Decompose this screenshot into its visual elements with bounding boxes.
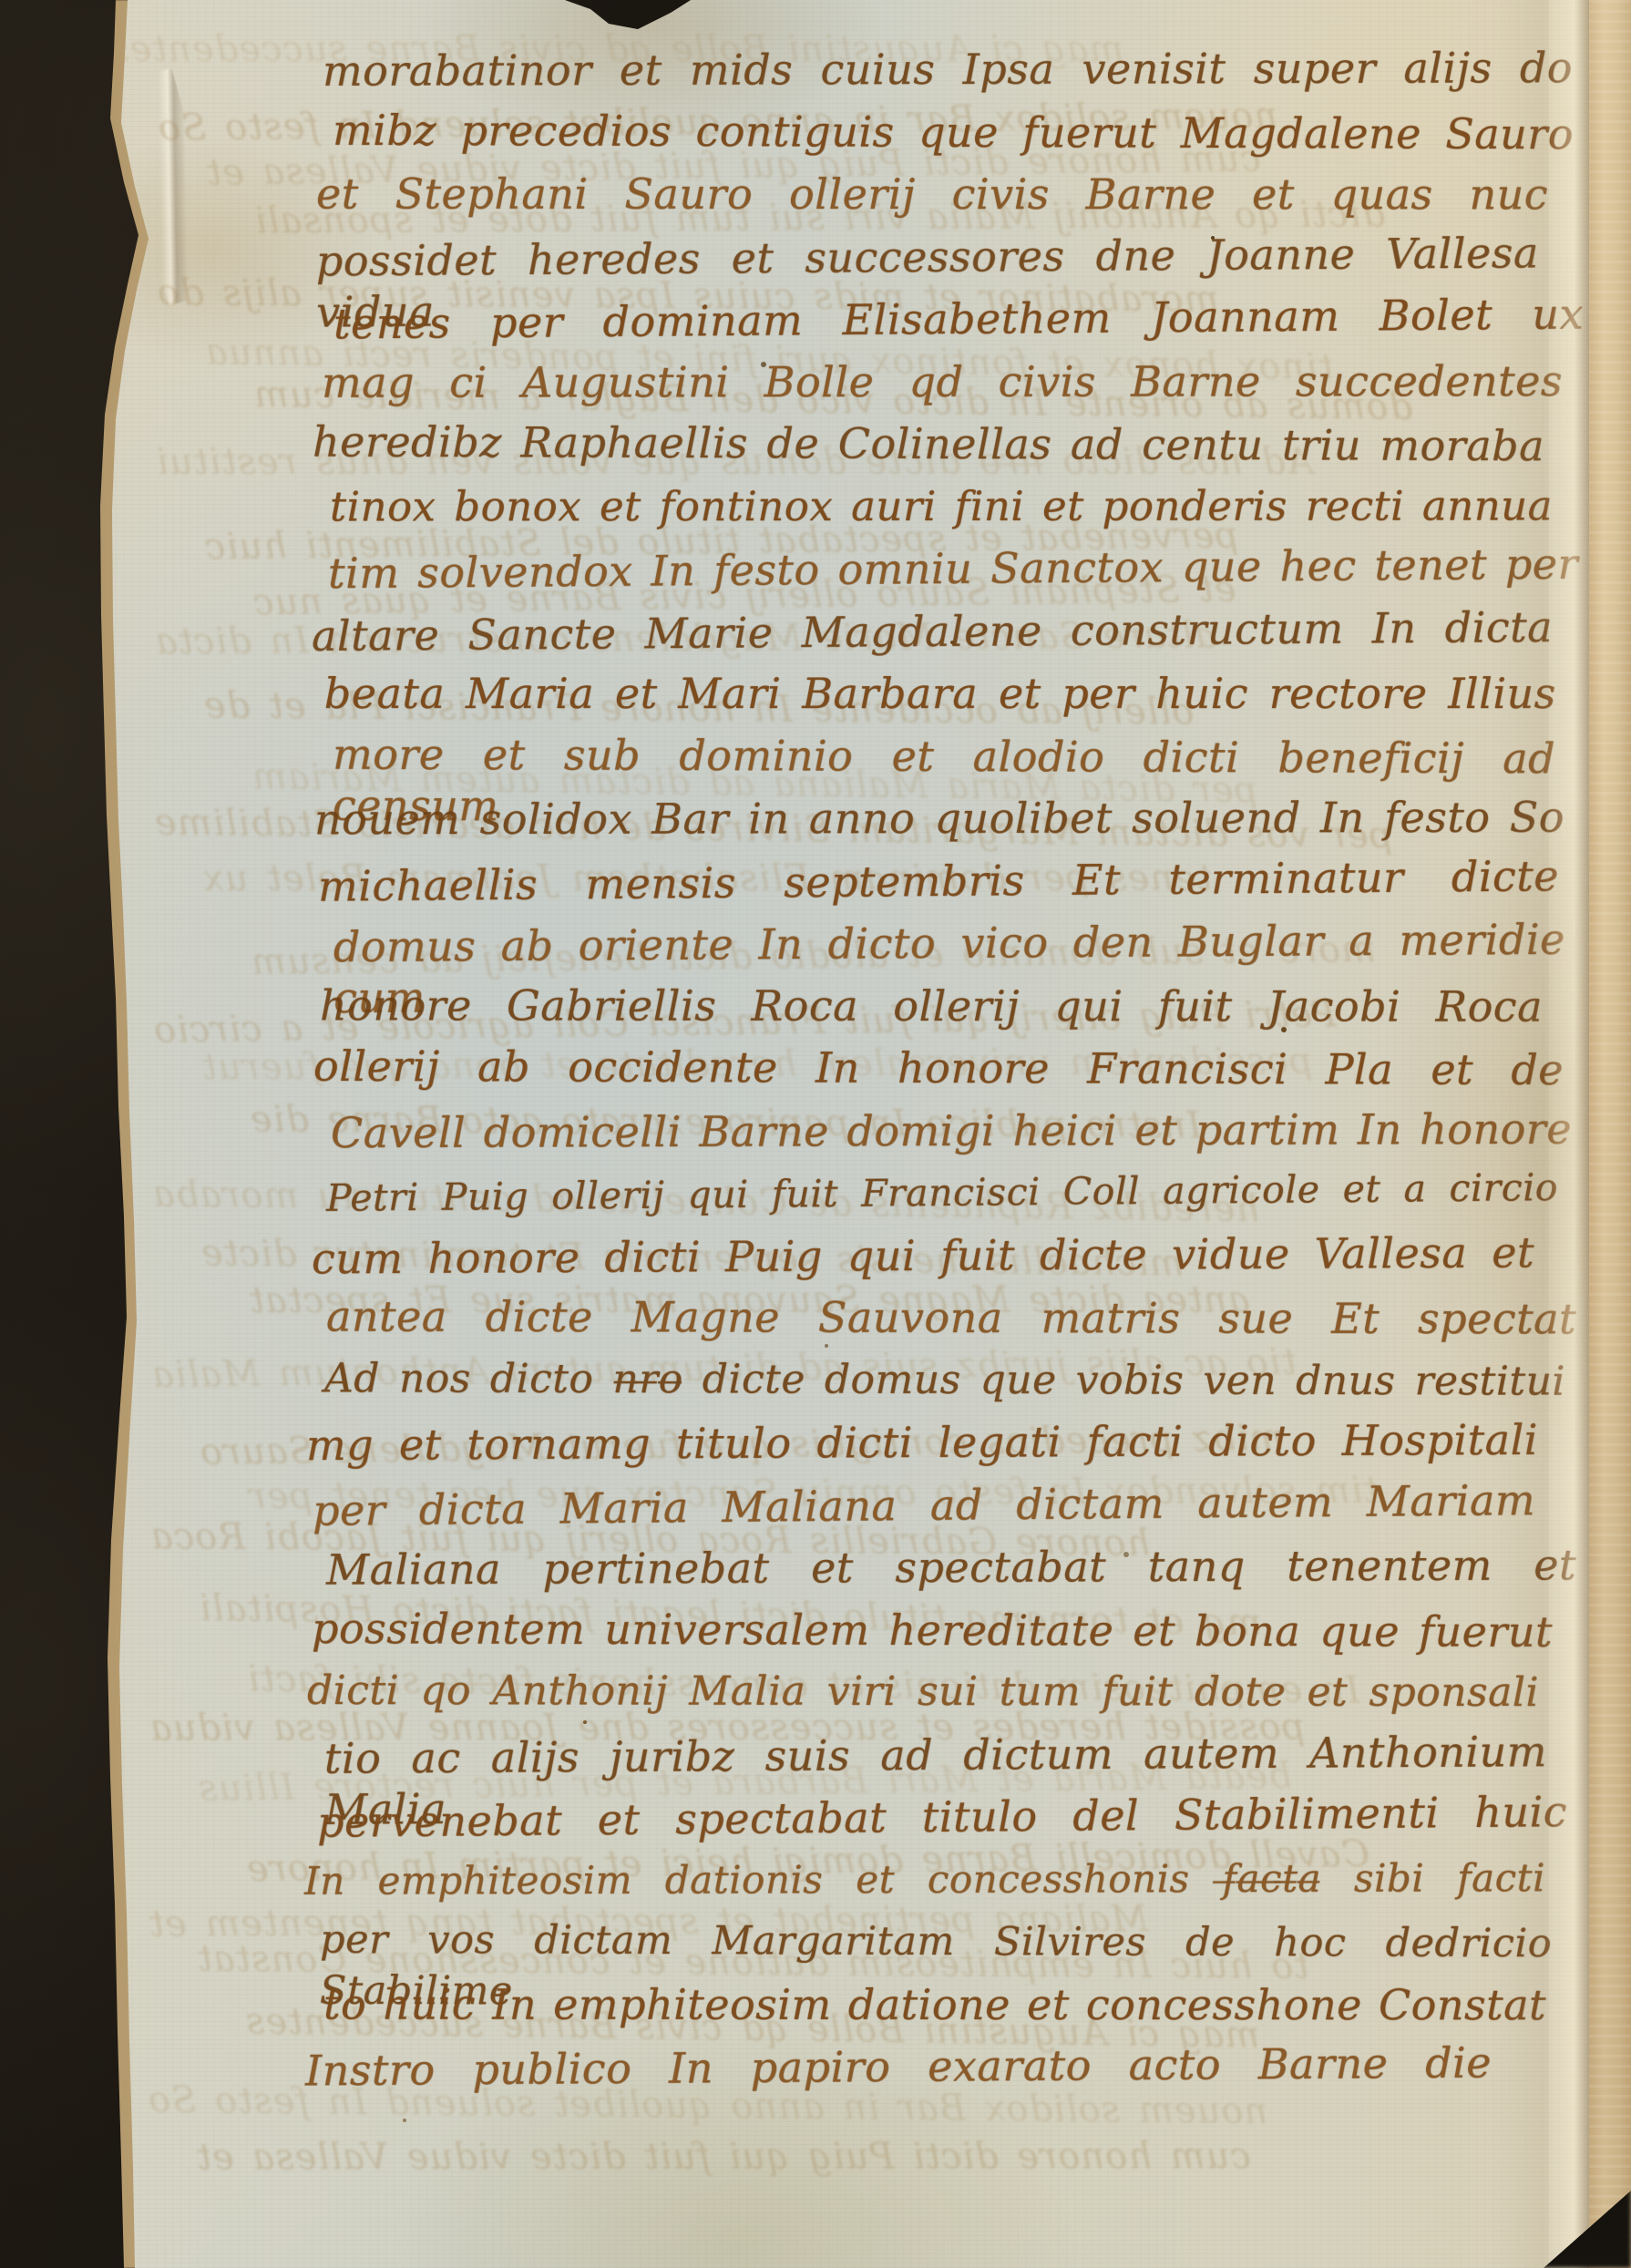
manuscript-line: Petri Puig ollerij qui fuit Francisci Co…: [326, 1162, 1558, 1224]
manuscript-line: tenes per dominam Elisabethem Joannam Bo…: [333, 288, 1583, 349]
manuscript-line: et Stephani Sauro ollerij civis Barne et…: [316, 169, 1548, 221]
manuscript-line: nouem solidox Bar in anno quolibet solue…: [314, 792, 1564, 846]
manuscript-line: tim solvendox In festo omniu Sanctox que…: [328, 539, 1578, 600]
manuscript-page: mag ci Augustini Bolle qd civis Barne su…: [0, 0, 1631, 2268]
manuscript-line: heredibz Raphaellis de Colinellas ad cen…: [313, 416, 1544, 472]
manuscript-line: pervenebat et spectabat titulo del Stabi…: [317, 1786, 1567, 1848]
manuscript-line: honore Gabriellis Roca ollerij qui fuit …: [320, 980, 1543, 1031]
manuscript-line: to huic In emphiteosim datione et conces…: [323, 1978, 1546, 2030]
manuscript-line: michaellis mensis septembris Et terminat…: [318, 850, 1559, 911]
manuscript-line: mibz precedios contiguis que fuerut Magd…: [333, 104, 1574, 159]
manuscript-line: mag ci Augustini Bolle qd civis Barne su…: [322, 355, 1563, 408]
manuscript-line: dicti qo Anthonij Malia viri sui tum fui…: [307, 1666, 1539, 1719]
manuscript-line: altare Sancte Marie Magdalene constructu…: [312, 601, 1553, 662]
manuscript-line: cum honore dicti Puig qui fuit dicte vid…: [312, 1226, 1534, 1284]
manuscript-line: In emphiteosim dationis et concesshonis …: [304, 1852, 1545, 1907]
manuscript-line: per dicta Maria Maliana ad dictam autem …: [312, 1474, 1534, 1536]
manuscript-text: morabatinor et mids cuius Ipsa venisit s…: [317, 0, 1593, 2268]
book-photo: mag ci Augustini Bolle qd civis Barne su…: [0, 0, 1631, 2268]
manuscript-line: Cavell domicelli Barne domigi heici et p…: [331, 1103, 1572, 1158]
fore-edge-band: [1589, 0, 1631, 2268]
manuscript-line: beata Maria et Mari Barbara et per huic …: [324, 668, 1556, 719]
manuscript-line: mg et tornamg titulo dicti legati facti …: [306, 1414, 1538, 1471]
manuscript-line: Instro publico In papiro exarato acto Ba…: [305, 2037, 1492, 2097]
manuscript-line: possidentem universalem hereditate et bo…: [312, 1603, 1553, 1657]
ink-specks: [0, 0, 4, 4]
manuscript-line: antea dicte Magne Sauvona matris sue Et …: [325, 1291, 1575, 1345]
manuscript-line: Ad nos dicto n̶r̶o̶ dicte domus que vobi…: [324, 1353, 1565, 1407]
manuscript-line: tinox bonox et fontinox auri fini et pon…: [330, 480, 1553, 532]
manuscript-line: ollerij ab occidente In honore Francisci…: [313, 1041, 1564, 1095]
manuscript-line: morabatinor et mids cuius Ipsa venisit s…: [323, 42, 1573, 97]
manuscript-line: Maliana pertinebat et spectabat tanq ten…: [326, 1539, 1576, 1595]
